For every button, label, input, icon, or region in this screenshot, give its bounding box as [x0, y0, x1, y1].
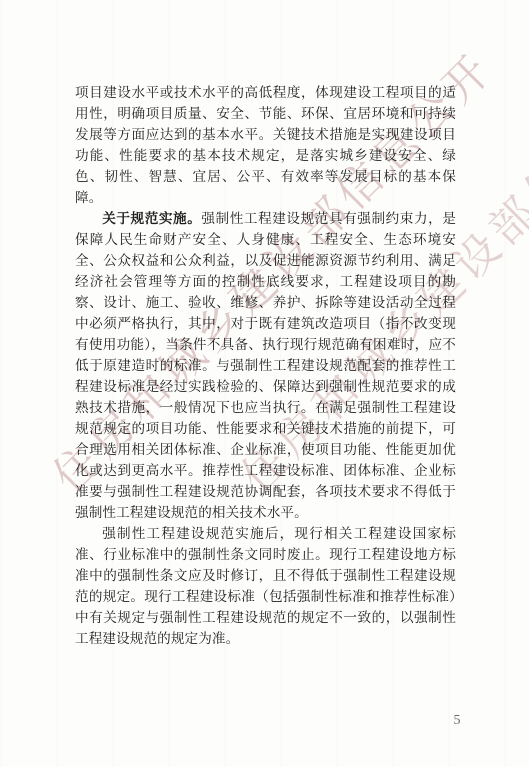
paragraph: 项目建设水平或技术水平的高低程度，体现建设工程项目的适用性，明确项目质量、安全、… — [75, 82, 456, 208]
paragraph: 关于规范实施。强制性工程建设规范具有强制约束力，是保障人民生命财产安全、人身健康… — [75, 208, 456, 523]
paragraph: 强制性工程建设规范实施后，现行相关工程建设国家标准、行业标准中的强制性条文同时废… — [75, 523, 456, 649]
paragraph-text: 强制性工程建设规范具有强制约束力，是保障人民生命财产安全、人身健康、工程安全、生… — [75, 211, 456, 520]
paragraph-text: 强制性工程建设规范实施后，现行相关工程建设国家标准、行业标准中的强制性条文同时废… — [75, 526, 456, 646]
page-number: 5 — [446, 713, 468, 729]
paragraph-text: 项目建设水平或技术水平的高低程度，体现建设工程项目的适用性，明确项目质量、安全、… — [75, 85, 456, 205]
document-body: 项目建设水平或技术水平的高低程度，体现建设工程项目的适用性，明确项目质量、安全、… — [75, 82, 456, 649]
paragraph-lead: 关于规范实施。 — [102, 211, 201, 226]
document-page: 住房和城乡建设部信息公开 住房和城乡建设部信息公开 项目建设水平或技术水平的高低… — [0, 0, 529, 767]
